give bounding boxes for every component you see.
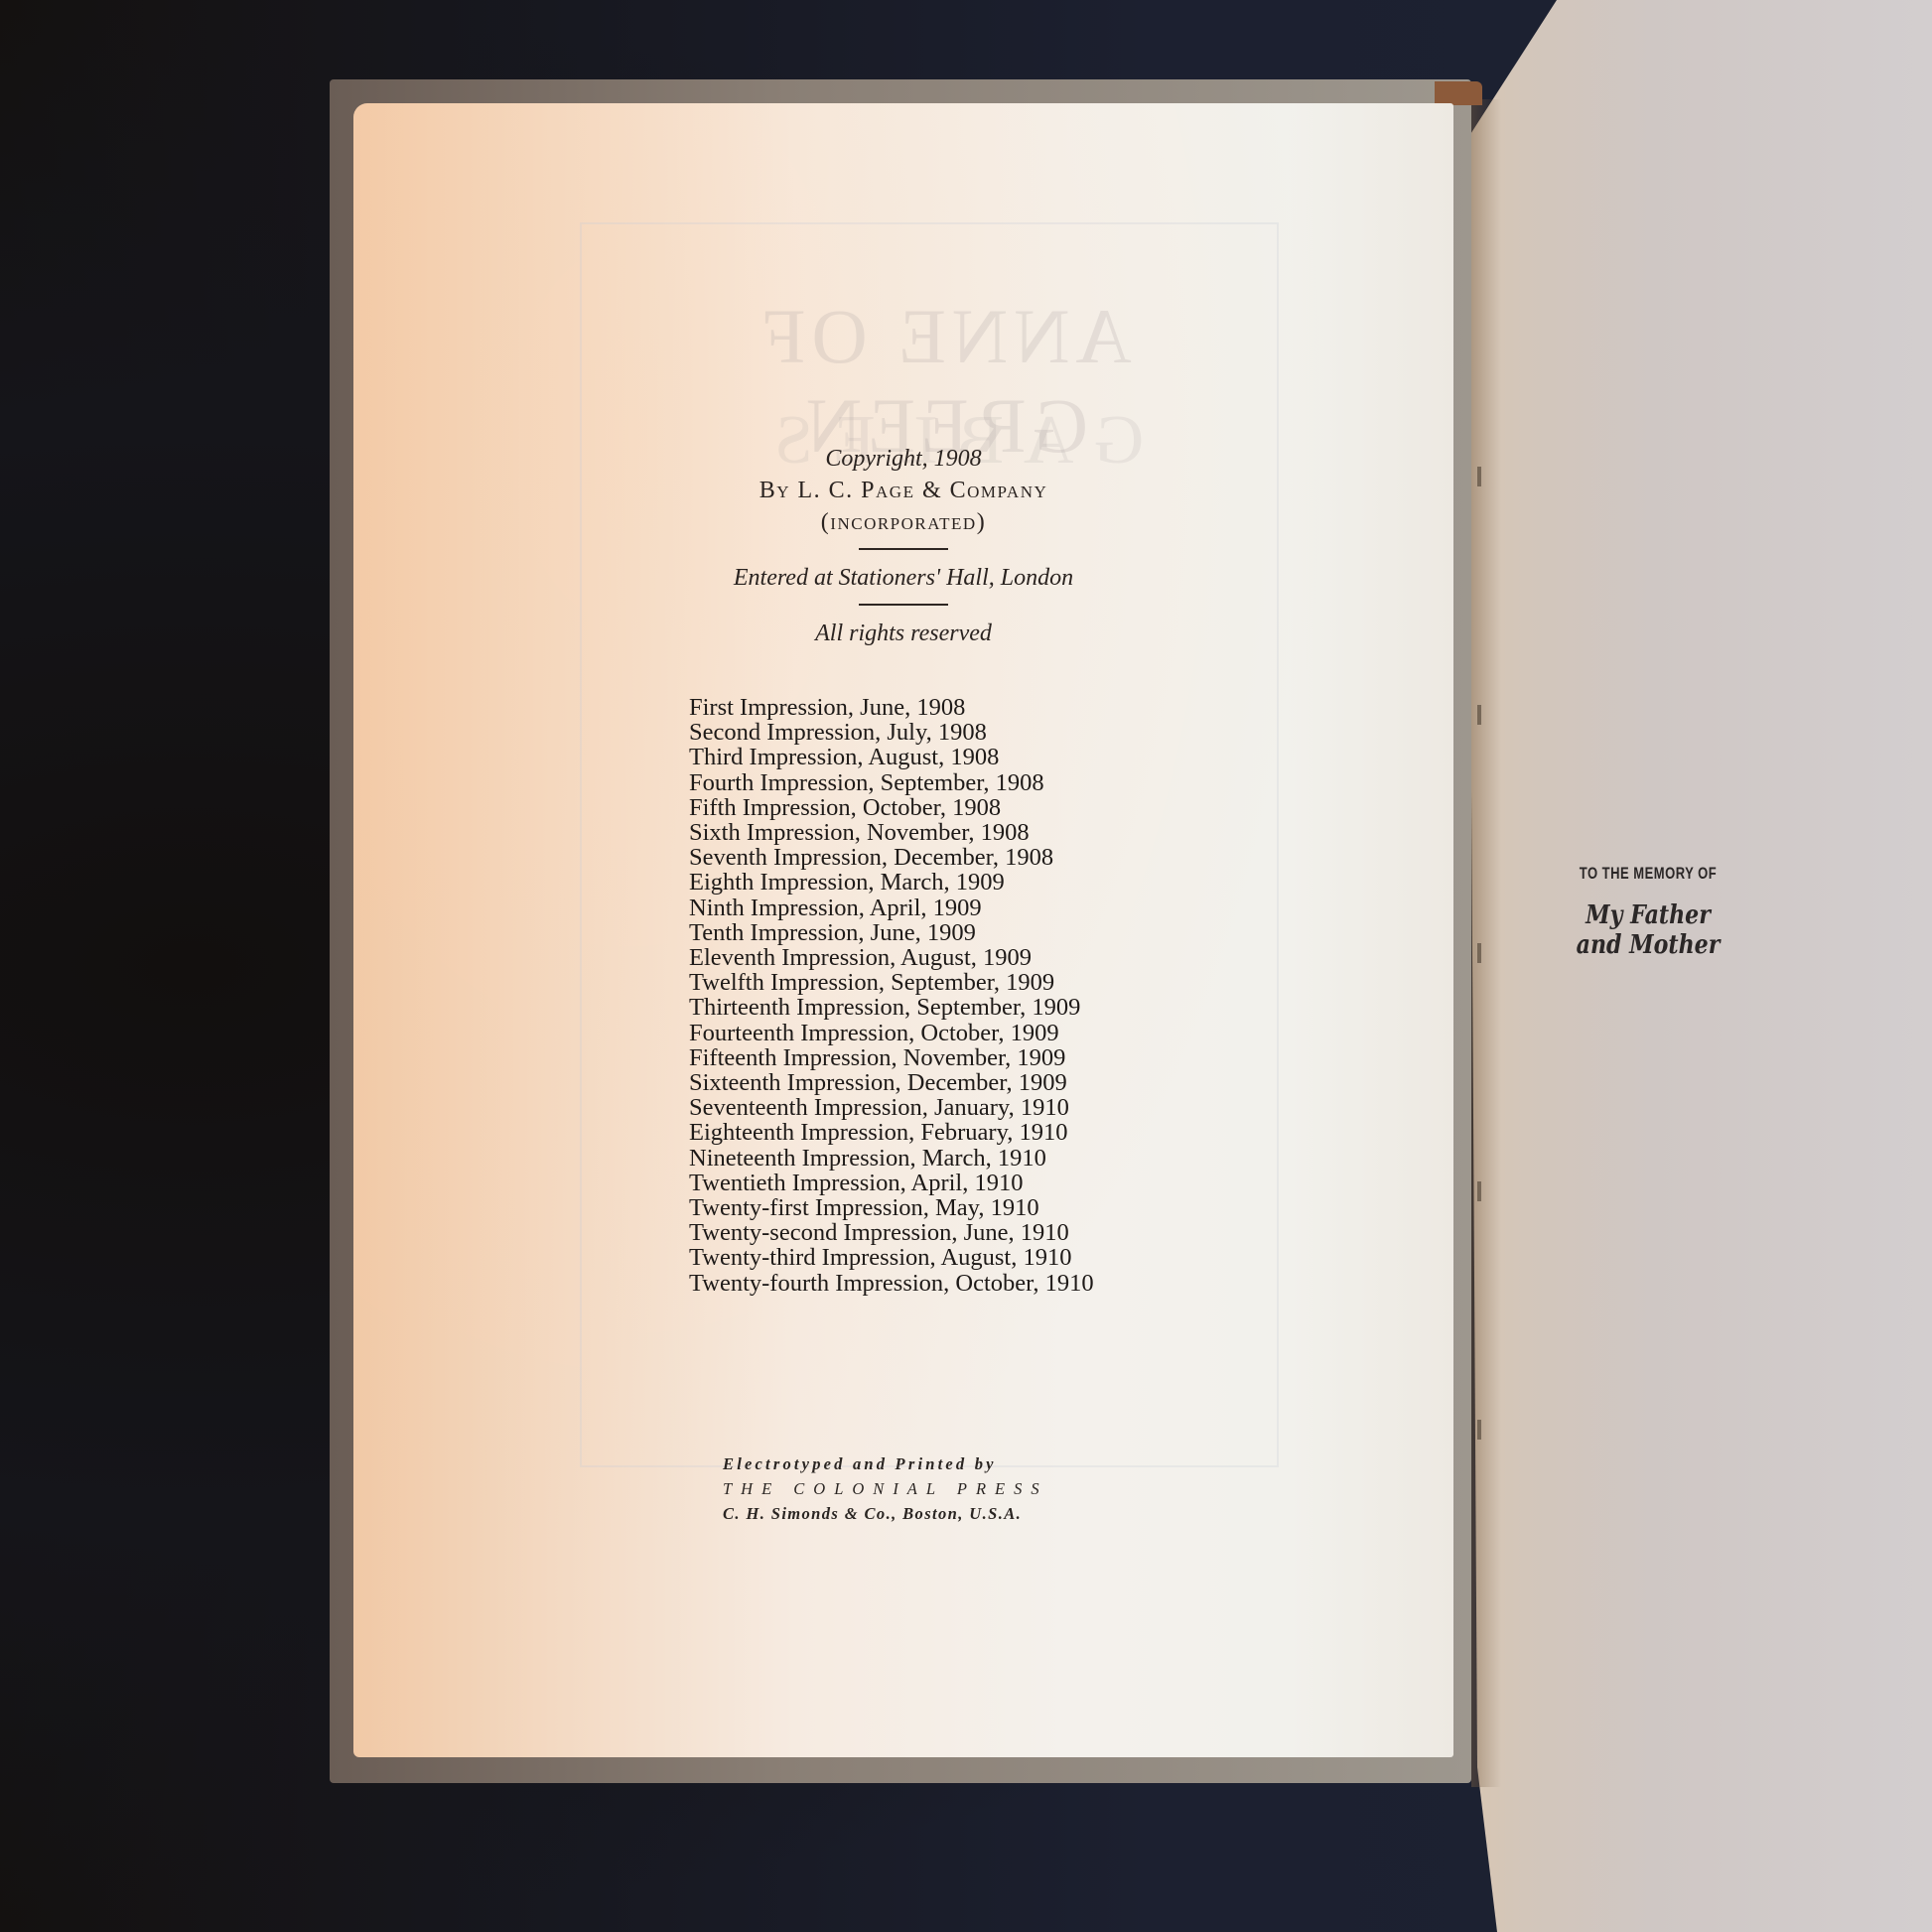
impression-line: Ninth Impression, April, 1909 — [689, 896, 1094, 920]
copyright-notice: Copyright, 1908 By L. C. Page & Company … — [353, 443, 1453, 649]
printer-imprint: Electrotyped and Printed by THE COLONIAL… — [723, 1451, 1048, 1526]
publisher-name: By L. C. Page & Company — [353, 475, 1453, 506]
impression-line: Twenty-second Impression, June, 1910 — [689, 1220, 1094, 1245]
impression-line: Fourteenth Impression, October, 1909 — [689, 1021, 1094, 1045]
spine-stitch-marks — [1477, 248, 1481, 1638]
impression-line: Fifth Impression, October, 1908 — [689, 795, 1094, 820]
impression-line: Nineteenth Impression, March, 1910 — [689, 1146, 1094, 1171]
impression-line: Twenty-third Impression, August, 1910 — [689, 1245, 1094, 1270]
right-page-dedication — [1467, 0, 1932, 1932]
impression-line: Twentieth Impression, April, 1910 — [689, 1171, 1094, 1195]
impression-line: Eighth Impression, March, 1909 — [689, 870, 1094, 895]
rights-reserved: All rights reserved — [353, 618, 1453, 649]
board-corner-wear — [1435, 81, 1482, 105]
impression-line: Sixteenth Impression, December, 1909 — [689, 1070, 1094, 1095]
dedication-text: My Father and Mother — [1564, 900, 1732, 960]
impression-line: Twelfth Impression, September, 1909 — [689, 970, 1094, 995]
impression-line: Eleventh Impression, August, 1909 — [689, 945, 1094, 970]
imprint-line-press: THE COLONIAL PRESS — [723, 1476, 1048, 1501]
impression-line: Eighteenth Impression, February, 1910 — [689, 1120, 1094, 1145]
impression-line: Seventeenth Impression, January, 1910 — [689, 1095, 1094, 1120]
impression-line: Thirteenth Impression, September, 1909 — [689, 995, 1094, 1020]
impressions-list: First Impression, June, 1908 Second Impr… — [689, 695, 1094, 1296]
impression-line: First Impression, June, 1908 — [689, 695, 1094, 720]
impression-line: Fourth Impression, September, 1908 — [689, 770, 1094, 795]
publisher-incorporated: (incorporated) — [353, 506, 1453, 538]
impression-line: Fifteenth Impression, November, 1909 — [689, 1045, 1094, 1070]
impression-line: Third Impression, August, 1908 — [689, 745, 1094, 769]
divider-rule — [859, 548, 948, 550]
impression-line: Tenth Impression, June, 1909 — [689, 920, 1094, 945]
copyright-year: Copyright, 1908 — [353, 443, 1453, 475]
divider-rule — [859, 604, 948, 606]
gutter-shadow — [1471, 99, 1501, 1787]
impression-line: Seventh Impression, December, 1908 — [689, 845, 1094, 870]
impression-line: Twenty-fourth Impression, October, 1910 — [689, 1271, 1094, 1296]
dedication: TO THE MEMORY OF My Father and Mother — [1549, 866, 1747, 960]
imprint-line-location: C. H. Simonds & Co., Boston, U.S.A. — [723, 1501, 1048, 1526]
imprint-line-electrotyped: Electrotyped and Printed by — [723, 1451, 1048, 1476]
impression-line: Sixth Impression, November, 1908 — [689, 820, 1094, 845]
impression-line: Second Impression, July, 1908 — [689, 720, 1094, 745]
dedication-heading: TO THE MEMORY OF — [1549, 864, 1747, 883]
impression-line: Twenty-first Impression, May, 1910 — [689, 1195, 1094, 1220]
stationers-hall-entry: Entered at Stationers' Hall, London — [353, 562, 1453, 594]
